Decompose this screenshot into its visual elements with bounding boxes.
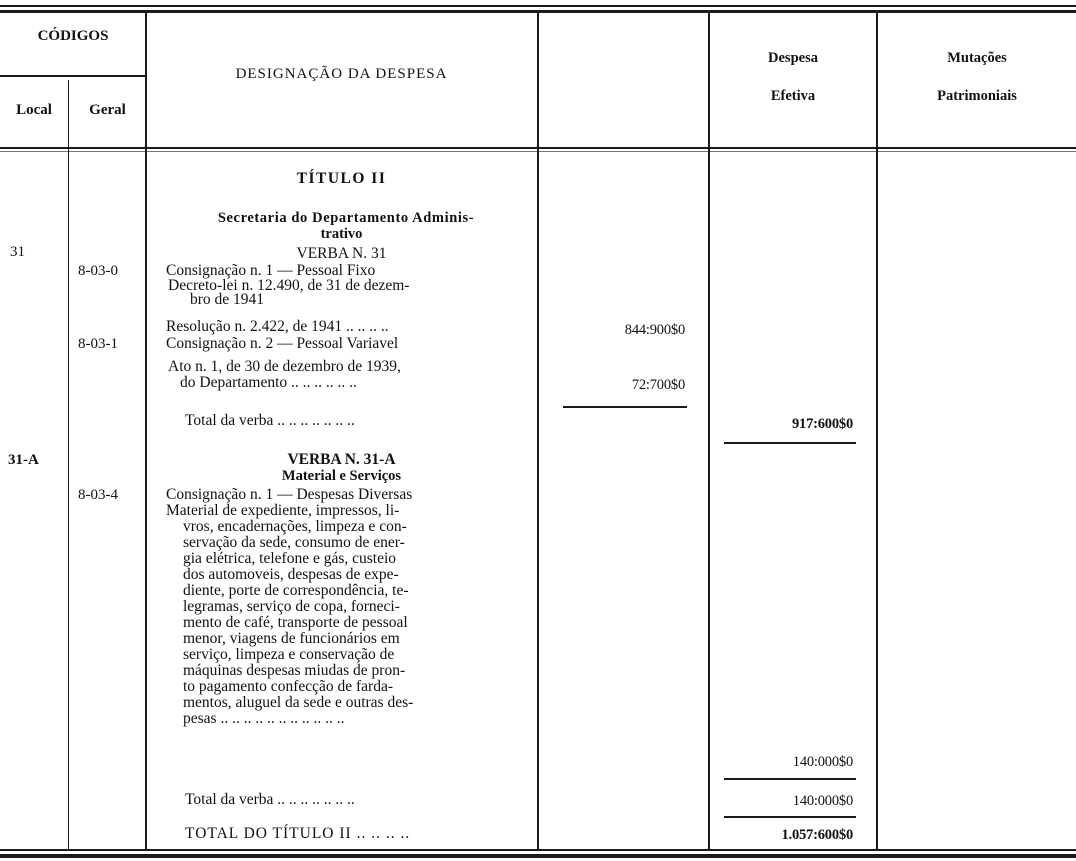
verba31a-desc-line11: serviço, limpeza e conservação de (183, 648, 394, 663)
footer-rule-thick (0, 854, 1076, 858)
local-code-31-a: 31-A (8, 452, 39, 469)
verba31-consig1-line3: bro de 1941 (190, 293, 264, 308)
verba31-subtotal-underline (563, 406, 687, 408)
verba31a-desc-line15: pesas .. .. .. .. .. .. .. .. .. .. .. (183, 712, 344, 727)
verba31-consig2-line2: Ato n. 1, de 30 de dezembro de 1939, (168, 360, 401, 375)
top-rule-thin (0, 5, 1076, 7)
header-despesa-efetiva-line2: Efetiva (710, 88, 876, 105)
verba31a-desc-line5: gia elétrica, telefone e gás, custeio (183, 552, 396, 567)
verba31a-consig1-amount: 140:000$0 (712, 754, 853, 771)
verba31a-total-label: Total da verba .. .. .. .. .. .. .. (185, 793, 355, 808)
verba31a-title: VERBA N. 31-A (146, 453, 537, 468)
grand-total-label: TOTAL DO TÍTULO II .. .. .. .. (185, 827, 410, 842)
verba31a-desc-line9: mento de café, transporte de pessoal (183, 616, 408, 631)
verba31a-desc-line7: diente, porte de correspondência, te- (183, 584, 409, 599)
titulo-heading: TÍTULO II (146, 172, 537, 187)
secretaria-line1: Secretaria do Departamento Adminis- (160, 211, 532, 226)
verba31-total-underline (724, 442, 856, 444)
verba31-consig2-line1: Consignação n. 2 — Pessoal Variavel (166, 337, 398, 352)
verba31-consig1-amount: 844:900$0 (540, 322, 685, 339)
verba31a-desc-line8: legramas, serviço de copa, forneci- (183, 600, 400, 615)
verba31a-desc-line3: vros, encadernações, limpeza e con- (183, 520, 407, 535)
grand-total-amount: 1.057:600$0 (712, 827, 853, 844)
verba31a-total-amount: 140:000$0 (712, 793, 853, 810)
header-geral: Geral (70, 102, 145, 119)
col-line-designacao-parcial (537, 13, 539, 850)
header-codigos: CÓDIGOS (0, 28, 146, 45)
col-line-local-geral (68, 80, 69, 850)
geral-code-8-03-4: 8-03-4 (78, 487, 118, 504)
col-line-efetiva-mutacoes (876, 13, 878, 850)
verba31a-desc-line2: Material de expediente, impressos, li- (166, 504, 399, 519)
geral-code-8-03-1: 8-03-1 (78, 336, 118, 353)
header-local: Local (0, 102, 68, 119)
verba31a-desc-line6: dos automoveis, despesas de expe- (183, 568, 399, 583)
col-line-parcial-efetiva (708, 13, 710, 850)
header-despesa-efetiva-line1: Despesa (710, 50, 876, 67)
geral-code-8-03-0: 8-03-0 (78, 263, 118, 280)
verba31a-subtitle: Material e Serviços (146, 469, 537, 484)
secretaria-line2: trativo (146, 227, 537, 242)
header-mutacoes-line1: Mutações (878, 50, 1076, 67)
header-mutacoes-line2: Patrimoniais (878, 88, 1076, 105)
verba31-consig1-line4: Resolução n. 2.422, de 1941 .. .. .. .. (166, 320, 389, 335)
verba31a-desc-line14: mentos, aluguel da sede e outras des- (183, 696, 413, 711)
verba31a-desc-line12: máquinas despesas miudas de pron- (183, 664, 405, 679)
codigos-divider (0, 75, 146, 77)
verba31-total-amount: 917:600$0 (712, 416, 853, 433)
header-designacao: DESIGNAÇÃO DA DESPESA (146, 66, 537, 83)
local-code-31: 31 (10, 244, 25, 261)
verba31a-desc-line13: to pagamento confecção de farda- (183, 680, 393, 695)
verba31a-desc-line10: menor, viagens de funcionários em (183, 632, 400, 647)
verba31a-desc-line4: servação da sede, consumo de ener- (183, 536, 405, 551)
verba31a-amount-underline (724, 778, 856, 780)
verba31a-desc-line1: Consignação n. 1 — Despesas Diversas (166, 488, 412, 503)
verba31-title: VERBA N. 31 (146, 247, 537, 262)
verba31-total-label: Total da verba .. .. .. .. .. .. .. (185, 414, 355, 429)
col-line-geral-designacao (145, 13, 147, 850)
verba31a-total-underline (724, 816, 856, 818)
verba31-consig2-amount: 72:700$0 (540, 377, 685, 394)
verba31-consig2-line3: do Departamento .. .. .. .. .. .. (180, 376, 357, 391)
